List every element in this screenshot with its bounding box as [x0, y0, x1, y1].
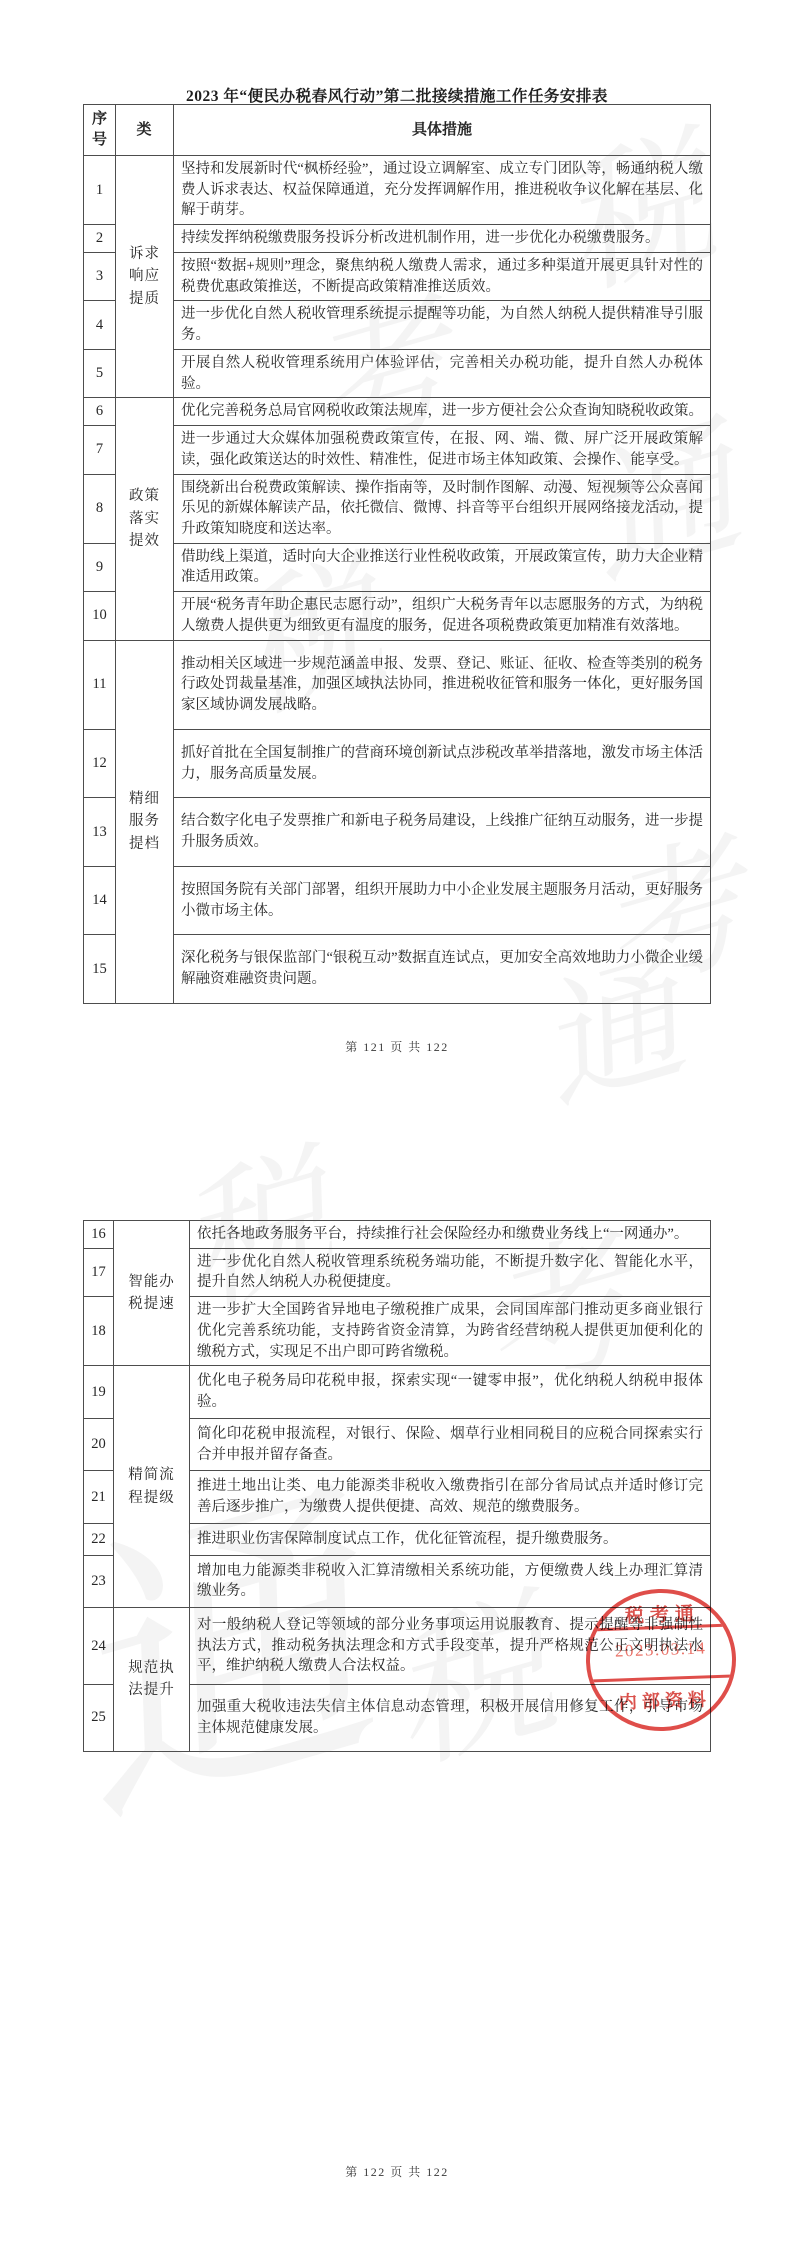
- row-number: 9: [84, 543, 116, 591]
- row-number: 3: [84, 252, 116, 300]
- stamp-date: 2023.03.14: [589, 1638, 732, 1663]
- table-row: 10开展“税务青年助企惠民志愿行动”，组织广大税务青年以志愿服务的方式，为纳税人…: [84, 592, 711, 640]
- row-number: 1: [84, 156, 116, 225]
- measure-cell: 简化印花税申报流程，对银行、保险、烟草行业相同税目的应税合同探索实行合并申报并留…: [190, 1418, 711, 1470]
- table-row: 8围绕新出台税费政策解读、操作指南等，及时制作图解、动漫、短视频等公众喜闻乐见的…: [84, 474, 711, 543]
- measure-cell: 持续发挥纳税缴费服务投诉分析改进机制作用，进一步优化办税缴费服务。: [174, 225, 711, 253]
- category-cell: 精细服务提档: [116, 640, 174, 1003]
- row-number: 7: [84, 426, 116, 474]
- table-row: 3按照“数据+规则”理念，聚焦纳税人缴费人需求，通过多种渠道开展更具针对性的税费…: [84, 252, 711, 300]
- measure-cell: 坚持和发展新时代“枫桥经验”，通过设立调解室、成立专门团队等，畅通纳税人缴费人诉…: [174, 156, 711, 225]
- row-number: 16: [84, 1221, 114, 1249]
- measure-cell: 开展“税务青年助企惠民志愿行动”，组织广大税务青年以志愿服务的方式，为纳税人缴费…: [174, 592, 711, 640]
- row-number: 19: [84, 1366, 114, 1418]
- table-row: 19精简流程提级优化电子税务局印花税申报，探索实现“一键零申报”，优化纳税人纳税…: [84, 1366, 711, 1418]
- measure-cell: 进一步优化自然人税收管理系统提示提醒等功能，为自然人纳税人提供精准导引服务。: [174, 301, 711, 349]
- header-index: 序号: [84, 105, 116, 156]
- measure-cell: 推进土地出让类、电力能源类非税收入缴费指引在部分省局试点并适时修订完善后逐步推广…: [190, 1471, 711, 1523]
- measure-cell: 围绕新出台税费政策解读、操作指南等，及时制作图解、动漫、短视频等公众喜闻乐见的新…: [174, 474, 711, 543]
- row-number: 25: [84, 1685, 114, 1751]
- table-row: 4进一步优化自然人税收管理系统提示提醒等功能，为自然人纳税人提供精准导引服务。: [84, 301, 711, 349]
- page-footer-1: 第 121 页 共 122: [0, 1038, 794, 1055]
- category-cell: 智能办税提速: [114, 1221, 190, 1366]
- row-number: 24: [84, 1608, 114, 1685]
- table-row: 1诉求响应提质坚持和发展新时代“枫桥经验”，通过设立调解室、成立专门团队等，畅通…: [84, 156, 711, 225]
- table-header-row: 序号类具体措施: [84, 105, 711, 156]
- page-1: 2023 年“便民办税春风行动”第二批接续措施工作任务安排表 序号类具体措施1诉…: [0, 0, 794, 1123]
- category-cell: 规范执法提升: [114, 1608, 190, 1752]
- category-cell: 精简流程提级: [114, 1366, 190, 1608]
- table-row: 16智能办税提速依托各地政务服务平台，持续推行社会保险经办和缴费业务线上“一网通…: [84, 1221, 711, 1249]
- stamp-divider-bottom: [585, 1674, 739, 1682]
- measure-cell: 结合数字化电子发票推广和新电子税务局建设，上线推广征纳互动服务，进一步提升服务质…: [174, 798, 711, 866]
- measure-cell: 进一步扩大全国跨省异地电子缴税推广成果，会同国库部门推动更多商业银行优化完善系统…: [190, 1297, 711, 1366]
- measure-cell: 优化完善税务总局官网税收政策法规库，进一步方便社会公众查询知晓税收政策。: [174, 398, 711, 426]
- measure-cell: 进一步通过大众媒体加强税费政策宣传，在报、网、端、微、屏广泛开展政策解读，强化政…: [174, 426, 711, 474]
- table-row: 15深化税务与银保监部门“银税互动”数据直连试点，更加安全高效地助力小微企业缓解…: [84, 935, 711, 1003]
- row-number: 2: [84, 225, 116, 253]
- page-footer-2: 第 122 页 共 122: [0, 2163, 794, 2180]
- approval-stamp: 税考通 2023.03.14 内部资料: [584, 1586, 739, 1733]
- row-number: 11: [84, 640, 116, 729]
- table-row: 11精细服务提档推动相关区域进一步规范涵盖申报、发票、登记、账证、征收、检查等类…: [84, 640, 711, 729]
- measure-cell: 按照国务院有关部门部署，组织开展助力中小企业发展主题服务月活动，更好服务小微市场…: [174, 866, 711, 934]
- category-cell: 政策落实提效: [116, 398, 174, 640]
- row-number: 10: [84, 592, 116, 640]
- measures-table-page-1: 序号类具体措施1诉求响应提质坚持和发展新时代“枫桥经验”，通过设立调解室、成立专…: [83, 104, 711, 1004]
- measure-cell: 深化税务与银保监部门“银税互动”数据直连试点，更加安全高效地助力小微企业缓解融资…: [174, 935, 711, 1003]
- measure-cell: 开展自然人税收管理系统用户体验评估，完善相关办税功能，提升自然人办税体验。: [174, 349, 711, 397]
- stamp-title: 税考通: [588, 1598, 731, 1630]
- row-number: 18: [84, 1297, 114, 1366]
- row-number: 23: [84, 1555, 114, 1607]
- table-row: 12抓好首批在全国复制推广的营商环境创新试点涉税改革举措落地，激发市场主体活力，…: [84, 729, 711, 797]
- measure-cell: 进一步优化自然人税收管理系统税务端功能，不断提升数字化、智能化水平，提升自然人纳…: [190, 1248, 711, 1296]
- table-row: 9借助线上渠道，适时向大企业推送行业性税收政策，开展政策宣传，助力大企业精准适用…: [84, 543, 711, 591]
- measure-cell: 按照“数据+规则”理念，聚焦纳税人缴费人需求，通过多种渠道开展更具针对性的税费优…: [174, 252, 711, 300]
- table-row: 13结合数字化电子发票推广和新电子税务局建设，上线推广征纳互动服务，进一步提升服…: [84, 798, 711, 866]
- row-number: 5: [84, 349, 116, 397]
- table-row: 5开展自然人税收管理系统用户体验评估，完善相关办税功能，提升自然人办税体验。: [84, 349, 711, 397]
- row-number: 6: [84, 398, 116, 426]
- table-row: 6政策落实提效优化完善税务总局官网税收政策法规库，进一步方便社会公众查询知晓税收…: [84, 398, 711, 426]
- measure-cell: 推动相关区域进一步规范涵盖申报、发票、登记、账证、征收、检查等类别的税务行政处罚…: [174, 640, 711, 729]
- table-row: 14按照国务院有关部门部署，组织开展助力中小企业发展主题服务月活动，更好服务小微…: [84, 866, 711, 934]
- row-number: 8: [84, 474, 116, 543]
- row-number: 21: [84, 1471, 114, 1523]
- table-row: 2持续发挥纳税缴费服务投诉分析改进机制作用，进一步优化办税缴费服务。: [84, 225, 711, 253]
- row-number: 15: [84, 935, 116, 1003]
- stamp-bottom-text: 内部资料: [591, 1685, 734, 1716]
- row-number: 14: [84, 866, 116, 934]
- table-row: 7进一步通过大众媒体加强税费政策宣传，在报、网、端、微、屏广泛开展政策解读，强化…: [84, 426, 711, 474]
- row-number: 17: [84, 1248, 114, 1296]
- measure-cell: 依托各地政务服务平台，持续推行社会保险经办和缴费业务线上“一网通办”。: [190, 1221, 711, 1249]
- page-2: 16智能办税提速依托各地政务服务平台，持续推行社会保险经办和缴费业务线上“一网通…: [0, 1123, 794, 2246]
- category-cell: 诉求响应提质: [116, 156, 174, 398]
- measure-cell: 推进职业伤害保障制度试点工作，优化征管流程，提升缴费服务。: [190, 1523, 711, 1555]
- row-number: 4: [84, 301, 116, 349]
- measure-cell: 优化电子税务局印花税申报，探索实现“一键零申报”，优化纳税人纳税申报体验。: [190, 1366, 711, 1418]
- measure-cell: 抓好首批在全国复制推广的营商环境创新试点涉税改革举措落地，激发市场主体活力，服务…: [174, 729, 711, 797]
- row-number: 22: [84, 1523, 114, 1555]
- row-number: 20: [84, 1418, 114, 1470]
- doc-title: 2023 年“便民办税春风行动”第二批接续措施工作任务安排表: [0, 84, 794, 106]
- header-measures: 具体措施: [174, 105, 711, 156]
- row-number: 13: [84, 798, 116, 866]
- row-number: 12: [84, 729, 116, 797]
- header-category: 类: [116, 105, 174, 156]
- measure-cell: 借助线上渠道，适时向大企业推送行业性税收政策，开展政策宣传，助力大企业精准适用政…: [174, 543, 711, 591]
